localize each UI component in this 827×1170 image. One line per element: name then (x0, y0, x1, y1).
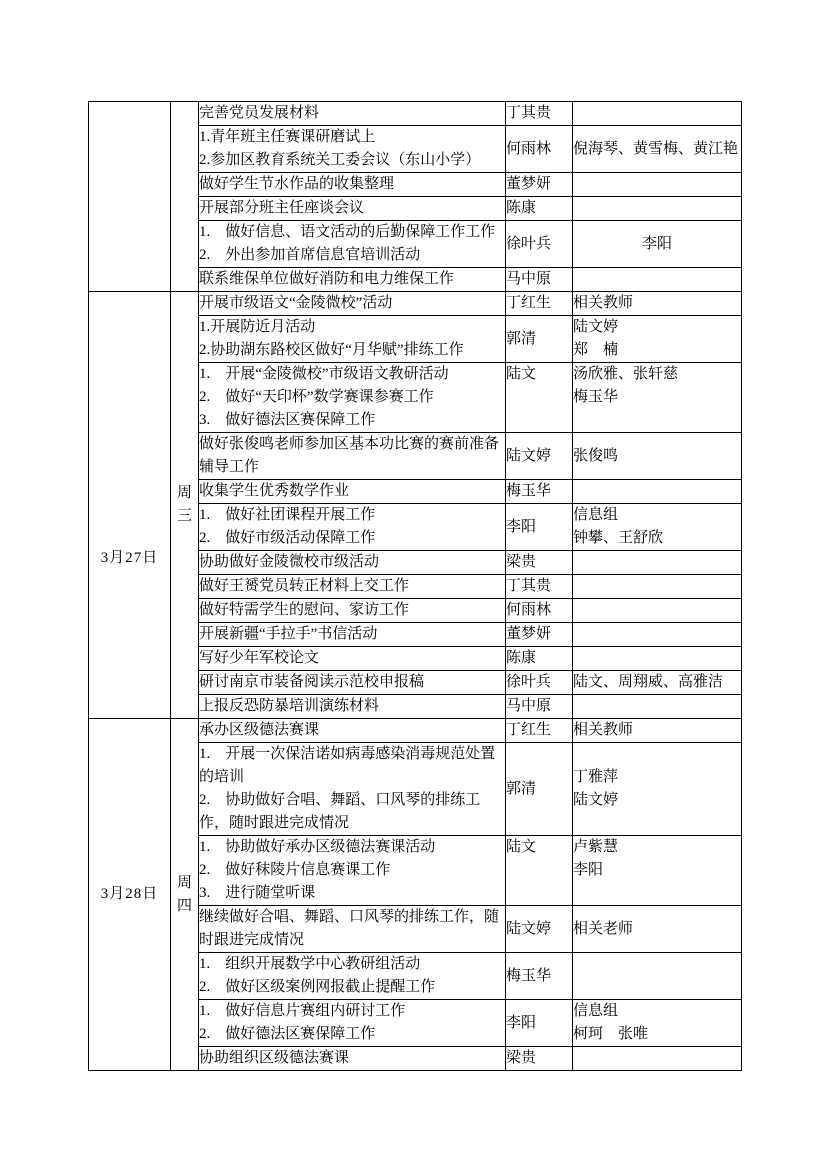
person-name: 丁其贵 (506, 575, 572, 598)
others-cell: 陆文婷郑 楠 (573, 316, 742, 363)
date-cell (89, 102, 171, 292)
person-name: 陆文婷 (506, 918, 572, 941)
others-line: 柯珂 张唯 (573, 1023, 741, 1046)
others-line: 梅玉华 (573, 386, 741, 409)
person-cell: 陆文 (506, 836, 573, 906)
person-name: 陈康 (506, 197, 572, 220)
task-line: 承办区级德法赛课 (199, 719, 505, 742)
others-line: 相关教师 (573, 292, 741, 315)
weekday-cell (171, 102, 199, 292)
task-cell: 1.开展防近月活动2.协助湖东路校区做好“月华赋”排练工作 (199, 316, 506, 363)
table-row: 完善党员发展材料丁其贵 (89, 102, 742, 126)
task-line: 1. 开展“金陵微校”市级语文教研活动 (199, 363, 505, 386)
person-name: 马中原 (506, 268, 572, 291)
person-cell: 董梦妍 (506, 173, 573, 197)
person-name: 李阳 (506, 516, 572, 539)
task-cell: 1. 组织开展数学中心教研组活动2. 做好区级案例网报截止提醒工作 (199, 953, 506, 1000)
others-line: 卢紫慧 (573, 836, 741, 859)
others-line: 丁雅萍 (573, 766, 741, 789)
task-cell: 开展部分班主任座谈会议 (199, 197, 506, 221)
task-line: 3. 进行随堂听课 (199, 882, 505, 905)
task-line: 1. 协助做好承办区级德法赛课活动 (199, 836, 505, 859)
others-cell (573, 599, 742, 623)
person-name: 梅玉华 (506, 480, 572, 503)
weekday-char: 四 (171, 895, 198, 918)
others-line: 李阳 (573, 233, 741, 256)
person-cell: 陈康 (506, 197, 573, 221)
others-cell: 卢紫慧李阳 (573, 836, 742, 906)
task-line: 2. 外出参加首席信息官培训活动 (199, 244, 505, 267)
others-line: 倪海琴、黄雪梅、黄江艳 (573, 138, 741, 161)
task-cell: 1. 协助做好承办区级德法赛课活动2. 做好秣陵片信息赛课工作3. 进行随堂听课 (199, 836, 506, 906)
task-cell: 协助组织区级德法赛课 (199, 1047, 506, 1071)
person-cell: 董梦妍 (506, 623, 573, 647)
person-name: 郭清 (506, 778, 572, 801)
person-cell: 陈康 (506, 647, 573, 671)
person-cell: 陆文 (506, 363, 573, 433)
others-cell (573, 575, 742, 599)
task-cell: 写好少年军校论文 (199, 647, 506, 671)
person-cell: 丁其贵 (506, 575, 573, 599)
task-line: 1. 做好社团课程开展工作 (199, 504, 505, 527)
task-cell: 1. 开展一次保洁诺如病毒感染消毒规范处置的培训2. 协助做好合唱、舞蹈、口风琴… (199, 743, 506, 836)
others-cell: 相关教师 (573, 292, 742, 316)
task-line: 做好特需学生的慰问、家访工作 (199, 599, 505, 622)
person-name: 董梦妍 (506, 623, 572, 646)
person-name: 丁红生 (506, 292, 572, 315)
task-line: 上报反恐防暴培训演练材料 (199, 695, 505, 718)
weekday-cell: 周三 (171, 292, 199, 719)
others-line: 相关教师 (573, 719, 741, 742)
others-cell (573, 480, 742, 504)
weekday-char: 三 (171, 505, 198, 528)
task-line: 2. 做好德法区赛保障工作 (199, 1023, 505, 1046)
person-name: 何雨林 (506, 599, 572, 622)
person-name: 陆文 (506, 836, 572, 859)
weekday-cell: 周四 (171, 719, 199, 1071)
task-line: 开展市级语文“金陵微校”活动 (199, 292, 505, 315)
others-cell: 张俊鸣 (573, 433, 742, 480)
task-cell: 收集学生优秀数学作业 (199, 480, 506, 504)
table-row: 3月28日周四承办区级德法赛课丁红生相关教师 (89, 719, 742, 743)
person-name: 陆文婷 (506, 445, 572, 468)
task-cell: 1.青年班主任赛课研磨试上2.参加区教育系统关工委会议（东山小学） (199, 126, 506, 173)
task-cell: 做好特需学生的慰问、家访工作 (199, 599, 506, 623)
task-cell: 1. 做好社团课程开展工作2. 做好市级活动保障工作 (199, 504, 506, 551)
task-line: 完善党员发展材料 (199, 102, 505, 125)
others-line: 张俊鸣 (573, 445, 741, 468)
table-row: 3月27日周三开展市级语文“金陵微校”活动丁红生相关教师 (89, 292, 742, 316)
others-cell (573, 173, 742, 197)
document-page: 完善党员发展材料丁其贵1.青年班主任赛课研磨试上2.参加区教育系统关工委会议（东… (0, 0, 827, 1170)
person-cell: 梁贵 (506, 551, 573, 575)
others-cell (573, 102, 742, 126)
others-cell: 相关老师 (573, 906, 742, 953)
task-line: 联系维保单位做好消防和电力维保工作 (199, 268, 505, 291)
person-cell: 陆文婷 (506, 433, 573, 480)
task-cell: 继续做好合唱、舞蹈、口风琴的排练工作，随时跟进完成情况 (199, 906, 506, 953)
person-name: 何雨林 (506, 138, 572, 161)
person-cell: 李阳 (506, 504, 573, 551)
date-cell: 3月27日 (89, 292, 171, 719)
person-cell: 丁红生 (506, 719, 573, 743)
task-line: 协助做好金陵微校市级活动 (199, 551, 505, 574)
others-cell (573, 695, 742, 719)
task-cell: 协助做好金陵微校市级活动 (199, 551, 506, 575)
person-name: 徐叶兵 (506, 671, 572, 694)
task-cell: 做好学生节水作品的收集整理 (199, 173, 506, 197)
task-cell: 开展新疆“手拉手”书信活动 (199, 623, 506, 647)
weekday-char: 周 (171, 482, 198, 505)
person-cell: 何雨林 (506, 599, 573, 623)
task-cell: 1. 开展“金陵微校”市级语文教研活动2. 做好“天印杯”数学赛课参赛工作3. … (199, 363, 506, 433)
others-line: 汤欣雅、张轩慈 (573, 363, 741, 386)
others-cell: 信息组柯珂 张唯 (573, 1000, 742, 1047)
person-cell: 何雨林 (506, 126, 573, 173)
task-line: 2. 做好秣陵片信息赛课工作 (199, 859, 505, 882)
task-cell: 承办区级德法赛课 (199, 719, 506, 743)
others-line: 李阳 (573, 859, 741, 882)
person-cell: 徐叶兵 (506, 671, 573, 695)
others-cell (573, 1047, 742, 1071)
person-cell: 李阳 (506, 1000, 573, 1047)
task-cell: 完善党员发展材料 (199, 102, 506, 126)
task-line: 做好王赟党员转正材料上交工作 (199, 575, 505, 598)
others-cell (573, 623, 742, 647)
others-line: 郑 楠 (573, 339, 741, 362)
others-line: 陆文、周翔威、高雅洁 (573, 671, 741, 694)
person-cell: 丁红生 (506, 292, 573, 316)
others-cell (573, 268, 742, 292)
task-line: 2. 做好区级案例网报截止提醒工作 (199, 976, 505, 999)
person-name: 丁其贵 (506, 102, 572, 125)
task-line: 协助组织区级德法赛课 (199, 1047, 505, 1070)
person-cell: 郭清 (506, 743, 573, 836)
person-cell: 梁贵 (506, 1047, 573, 1071)
person-cell: 郭清 (506, 316, 573, 363)
task-cell: 研讨南京市装备阅读示范校申报稿 (199, 671, 506, 695)
others-cell: 相关教师 (573, 719, 742, 743)
weekday-char: 周 (171, 872, 198, 895)
task-line: 1. 做好信息片赛组内研讨工作 (199, 1000, 505, 1023)
task-line: 开展新疆“手拉手”书信活动 (199, 623, 505, 646)
others-line: 陆文婷 (573, 789, 741, 812)
others-cell: 李阳 (573, 221, 742, 268)
person-name: 梁贵 (506, 1047, 572, 1070)
others-cell: 陆文、周翔威、高雅洁 (573, 671, 742, 695)
task-line: 开展部分班主任座谈会议 (199, 197, 505, 220)
person-name: 陆文 (506, 363, 572, 386)
task-line: 2. 做好“天印杯”数学赛课参赛工作 (199, 386, 505, 409)
task-cell: 联系维保单位做好消防和电力维保工作 (199, 268, 506, 292)
task-cell: 1. 做好信息、语文活动的后勤保障工作工作2. 外出参加首席信息官培训活动 (199, 221, 506, 268)
task-cell: 1. 做好信息片赛组内研讨工作2. 做好德法区赛保障工作 (199, 1000, 506, 1047)
others-cell: 倪海琴、黄雪梅、黄江艳 (573, 126, 742, 173)
task-line: 1.开展防近月活动 (199, 316, 505, 339)
person-name: 马中原 (506, 695, 572, 718)
task-line: 2. 协助做好合唱、舞蹈、口风琴的排练工作，随时跟进完成情况 (199, 789, 505, 835)
task-line: 研讨南京市装备阅读示范校申报稿 (199, 671, 505, 694)
task-line: 继续做好合唱、舞蹈、口风琴的排练工作，随时跟进完成情况 (199, 906, 505, 952)
task-line: 写好少年军校论文 (199, 647, 505, 670)
others-cell: 信息组钟攀、王舒欣 (573, 504, 742, 551)
person-name: 梅玉华 (506, 965, 572, 988)
person-name: 徐叶兵 (506, 233, 572, 256)
task-cell: 做好张俊鸣老师参加区基本功比赛的赛前准备辅导工作 (199, 433, 506, 480)
task-cell: 上报反恐防暴培训演练材料 (199, 695, 506, 719)
task-cell: 做好王赟党员转正材料上交工作 (199, 575, 506, 599)
others-cell: 丁雅萍陆文婷 (573, 743, 742, 836)
date-label: 3月27日 (89, 292, 170, 570)
task-line: 做好张俊鸣老师参加区基本功比赛的赛前准备辅导工作 (199, 433, 505, 479)
schedule-table: 完善党员发展材料丁其贵1.青年班主任赛课研磨试上2.参加区教育系统关工委会议（东… (88, 101, 742, 1071)
person-cell: 梅玉华 (506, 953, 573, 1000)
person-cell: 丁其贵 (506, 102, 573, 126)
task-line: 1.青年班主任赛课研磨试上 (199, 126, 505, 149)
others-line: 信息组 (573, 504, 741, 527)
others-cell (573, 647, 742, 671)
task-cell: 开展市级语文“金陵微校”活动 (199, 292, 506, 316)
task-line: 收集学生优秀数学作业 (199, 480, 505, 503)
person-name: 梁贵 (506, 551, 572, 574)
others-cell: 汤欣雅、张轩慈梅玉华 (573, 363, 742, 433)
task-line: 3. 做好德法区赛保障工作 (199, 409, 505, 432)
person-cell: 徐叶兵 (506, 221, 573, 268)
others-line: 相关老师 (573, 918, 741, 941)
task-line: 1. 组织开展数学中心教研组活动 (199, 953, 505, 976)
others-cell (573, 551, 742, 575)
person-cell: 马中原 (506, 268, 573, 292)
task-line: 1. 做好信息、语文活动的后勤保障工作工作 (199, 221, 505, 244)
person-name: 董梦妍 (506, 173, 572, 196)
others-line: 陆文婷 (573, 316, 741, 339)
person-name: 丁红生 (506, 719, 572, 742)
others-cell (573, 953, 742, 1000)
task-line: 做好学生节水作品的收集整理 (199, 173, 505, 196)
person-name: 陈康 (506, 647, 572, 670)
date-cell: 3月28日 (89, 719, 171, 1071)
others-line: 钟攀、王舒欣 (573, 527, 741, 550)
person-cell: 梅玉华 (506, 480, 573, 504)
person-name: 李阳 (506, 1012, 572, 1035)
task-line: 2.协助湖东路校区做好“月华赋”排练工作 (199, 339, 505, 362)
person-cell: 陆文婷 (506, 906, 573, 953)
task-line: 2.参加区教育系统关工委会议（东山小学） (199, 149, 505, 172)
date-label: 3月28日 (89, 883, 170, 906)
person-name: 郭清 (506, 328, 572, 351)
others-cell (573, 197, 742, 221)
others-line: 信息组 (573, 1000, 741, 1023)
task-line: 1. 开展一次保洁诺如病毒感染消毒规范处置的培训 (199, 743, 505, 789)
person-cell: 马中原 (506, 695, 573, 719)
task-line: 2. 做好市级活动保障工作 (199, 527, 505, 550)
